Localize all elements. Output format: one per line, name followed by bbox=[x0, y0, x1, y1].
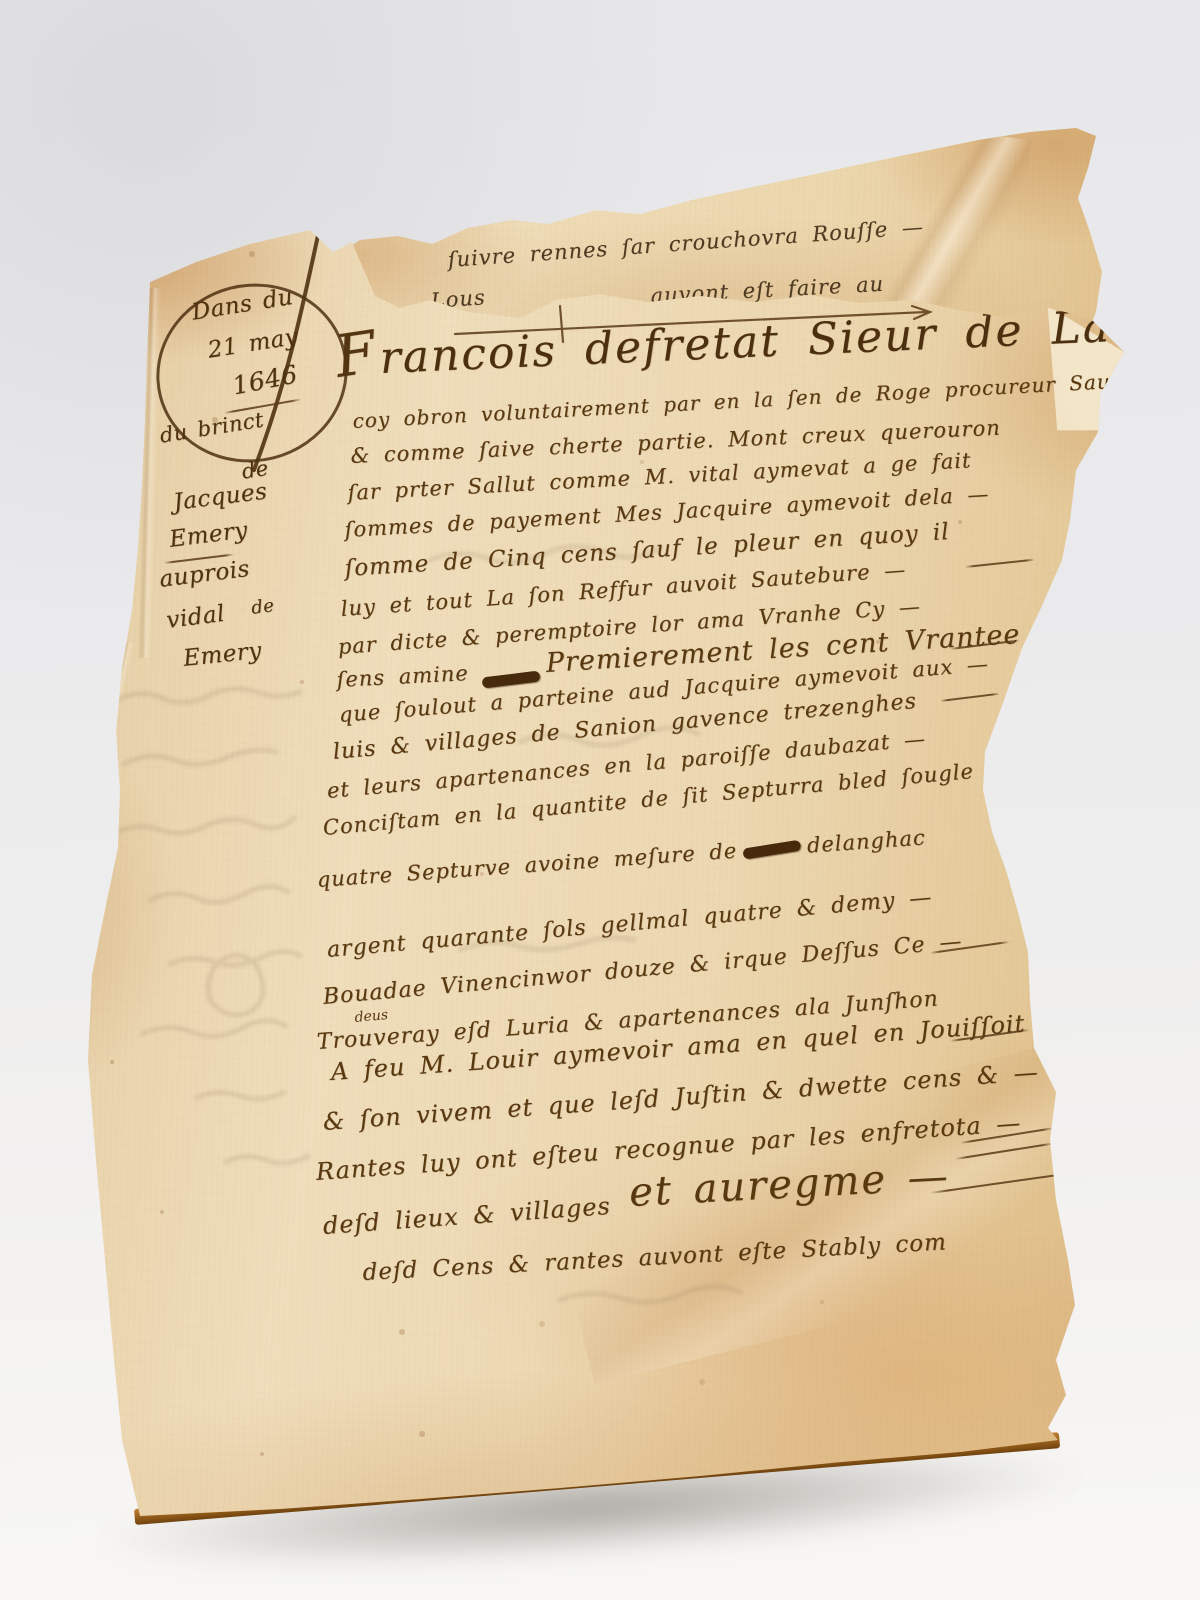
divider-rule-with-cross bbox=[0, 0, 1200, 1600]
manuscript-photo-scene: ſuivre rennes ſar crouchovra Rouſſe — Lo… bbox=[0, 0, 1200, 1600]
